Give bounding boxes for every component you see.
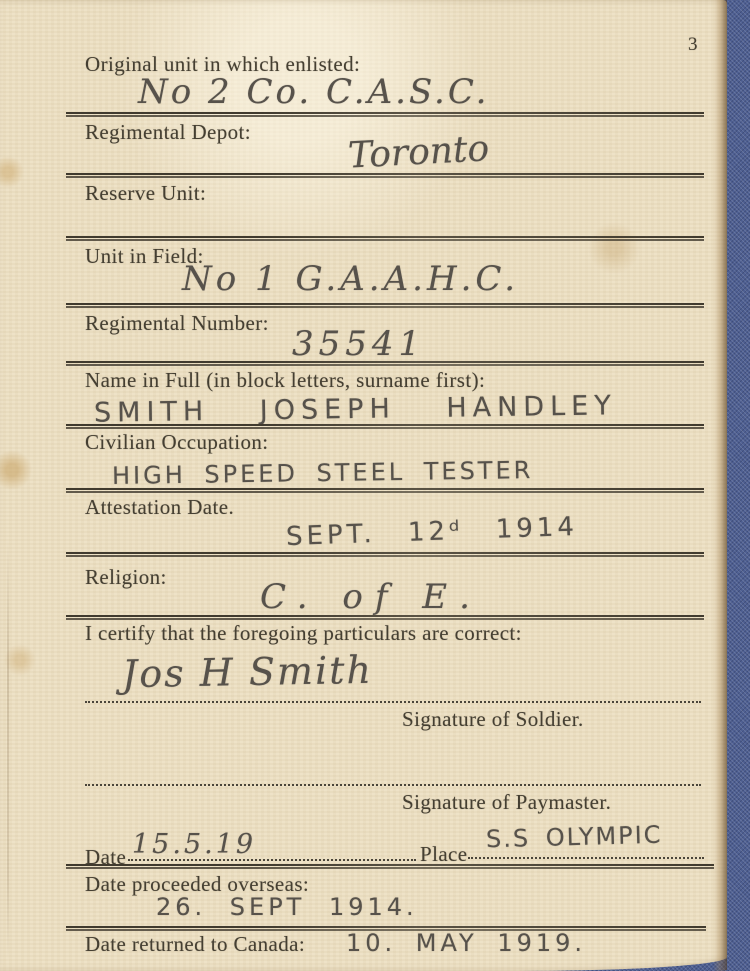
rule-divider: [66, 112, 704, 117]
label-regimental-depot: Regimental Depot:: [85, 120, 251, 145]
page-edge-shadow: [713, 0, 727, 971]
value-place: S.S OLYMPIC: [486, 821, 663, 854]
rule-divider: [66, 236, 704, 241]
value-regimental-number: 35541: [292, 324, 425, 364]
label-name-in-full: Name in Full (in block letters, surname …: [85, 368, 485, 393]
soldier-signature: Jos H Smith: [122, 648, 374, 696]
value-religion: C. of E.: [260, 577, 482, 617]
place-fill-line: [468, 857, 704, 859]
caption-signature-of-paymaster: Signature of Paymaster.: [402, 790, 611, 815]
signature-line-paymaster: [85, 784, 701, 786]
value-original-unit: No 2 Co. C.A.S.C.: [138, 72, 489, 112]
rule-divider: [66, 864, 714, 869]
value-attestation-date: SEPT. 12ᵈ 1914: [286, 512, 579, 552]
document-page: 3 Original unit in which enlisted: No 2 …: [0, 0, 727, 971]
certify-statement: I certify that the foregoing particulars…: [85, 621, 522, 646]
value-regimental-depot: Toronto: [347, 128, 490, 176]
rule-divider: [66, 488, 704, 493]
value-civilian-occupation: HIGH SPEED STEEL TESTER: [112, 456, 534, 490]
rule-divider: [66, 424, 704, 429]
value-date-proceeded-overseas: 26. SEPT 1914.: [156, 893, 418, 921]
label-reserve-unit: Reserve Unit:: [85, 181, 206, 206]
signature-line-soldier: [85, 701, 701, 703]
book-binding: { "page": { "number": "3" }, "colors": {…: [0, 0, 750, 971]
label-regimental-number: Regimental Number:: [85, 311, 269, 336]
rule-divider: [66, 173, 704, 178]
value-unit-in-field: No 1 G.A.A.H.C.: [182, 259, 519, 299]
rule-divider: [66, 303, 704, 308]
paper-crease: [7, 540, 9, 960]
label-civilian-occupation: Civilian Occupation:: [85, 430, 269, 455]
value-name-in-full: SMITH JOSEPH HANDLEY: [94, 390, 617, 428]
caption-signature-of-soldier: Signature of Soldier.: [402, 707, 584, 732]
value-date: 15.5.19: [132, 829, 256, 860]
label-religion: Religion:: [85, 565, 167, 590]
page-number: 3: [688, 34, 698, 56]
rule-divider: [66, 615, 704, 620]
rule-divider: [66, 552, 704, 557]
label-attestation-date: Attestation Date.: [85, 495, 234, 520]
rule-divider: [66, 361, 704, 366]
value-date-returned-to-canada: 10. MAY 1919.: [346, 929, 586, 957]
label-date-returned-to-canada: Date returned to Canada:: [85, 932, 305, 957]
